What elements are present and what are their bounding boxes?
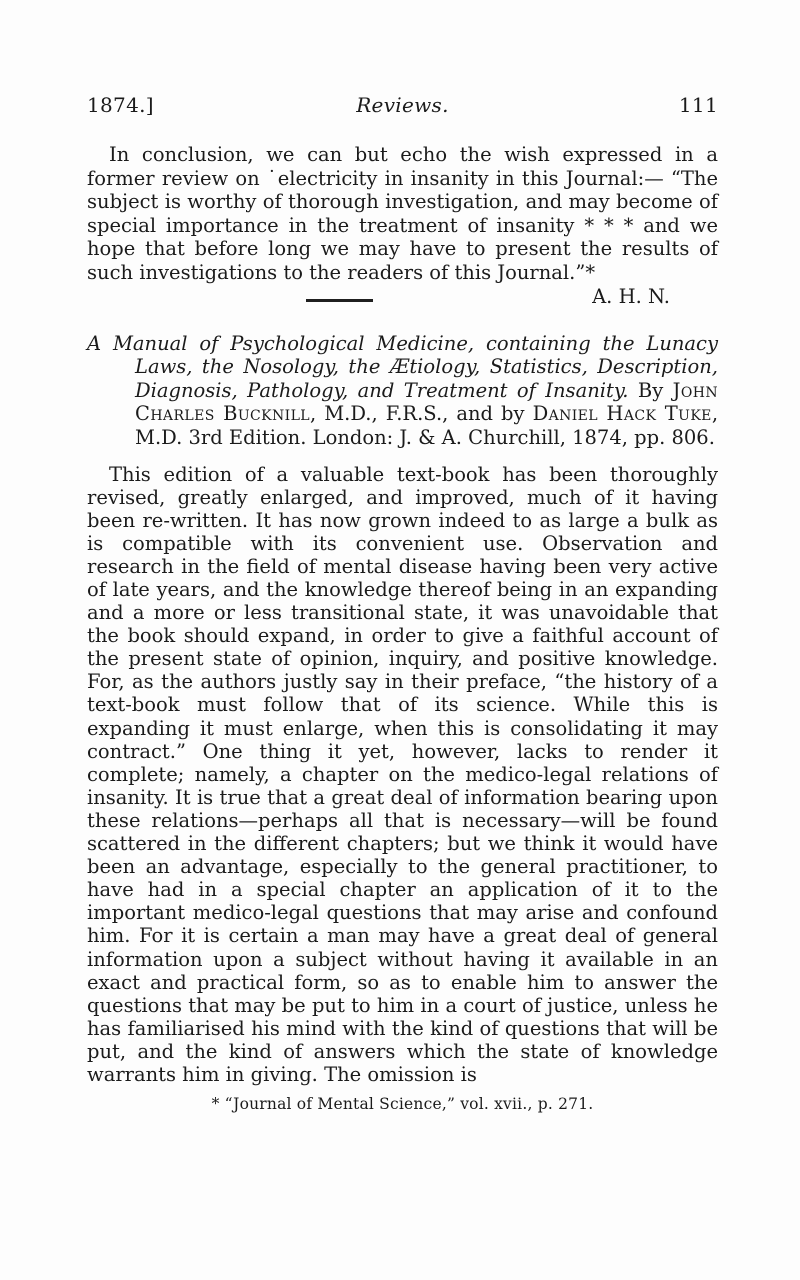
citation-credentials: , M.D., F.R.S., and by [310,402,533,425]
page-header: 1874.] Reviews. 111 [87,93,718,117]
header-page-number: 111 [508,93,718,117]
header-section-title: Reviews. [297,93,507,117]
section-divider [306,299,373,302]
scanned-journal-page: 1874.] Reviews. 111 In conclusion, we ca… [0,0,800,1280]
conclusion-text: In conclusion, we can but echo the wish … [87,143,718,284]
text-column: 1874.] Reviews. 111 In conclusion, we ca… [87,93,718,1113]
citation-author-tuke: Daniel Hack Tuke [533,402,712,425]
conclusion-paragraph: In conclusion, we can but echo the wish … [87,143,718,285]
reviewer-initials: A. H. N. [592,285,670,309]
book-citation: A Manual of Psychological Medicine, cont… [87,332,718,450]
header-year: 1874.] [87,93,297,117]
footnote: * “Journal of Mental Science,” vol. xvii… [87,1095,718,1113]
review-body-paragraph: This edition of a valuable text-book has… [87,463,718,1087]
citation-by: By [628,379,672,402]
citation-title: A Manual of Psychological Medicine, cont… [87,332,718,402]
